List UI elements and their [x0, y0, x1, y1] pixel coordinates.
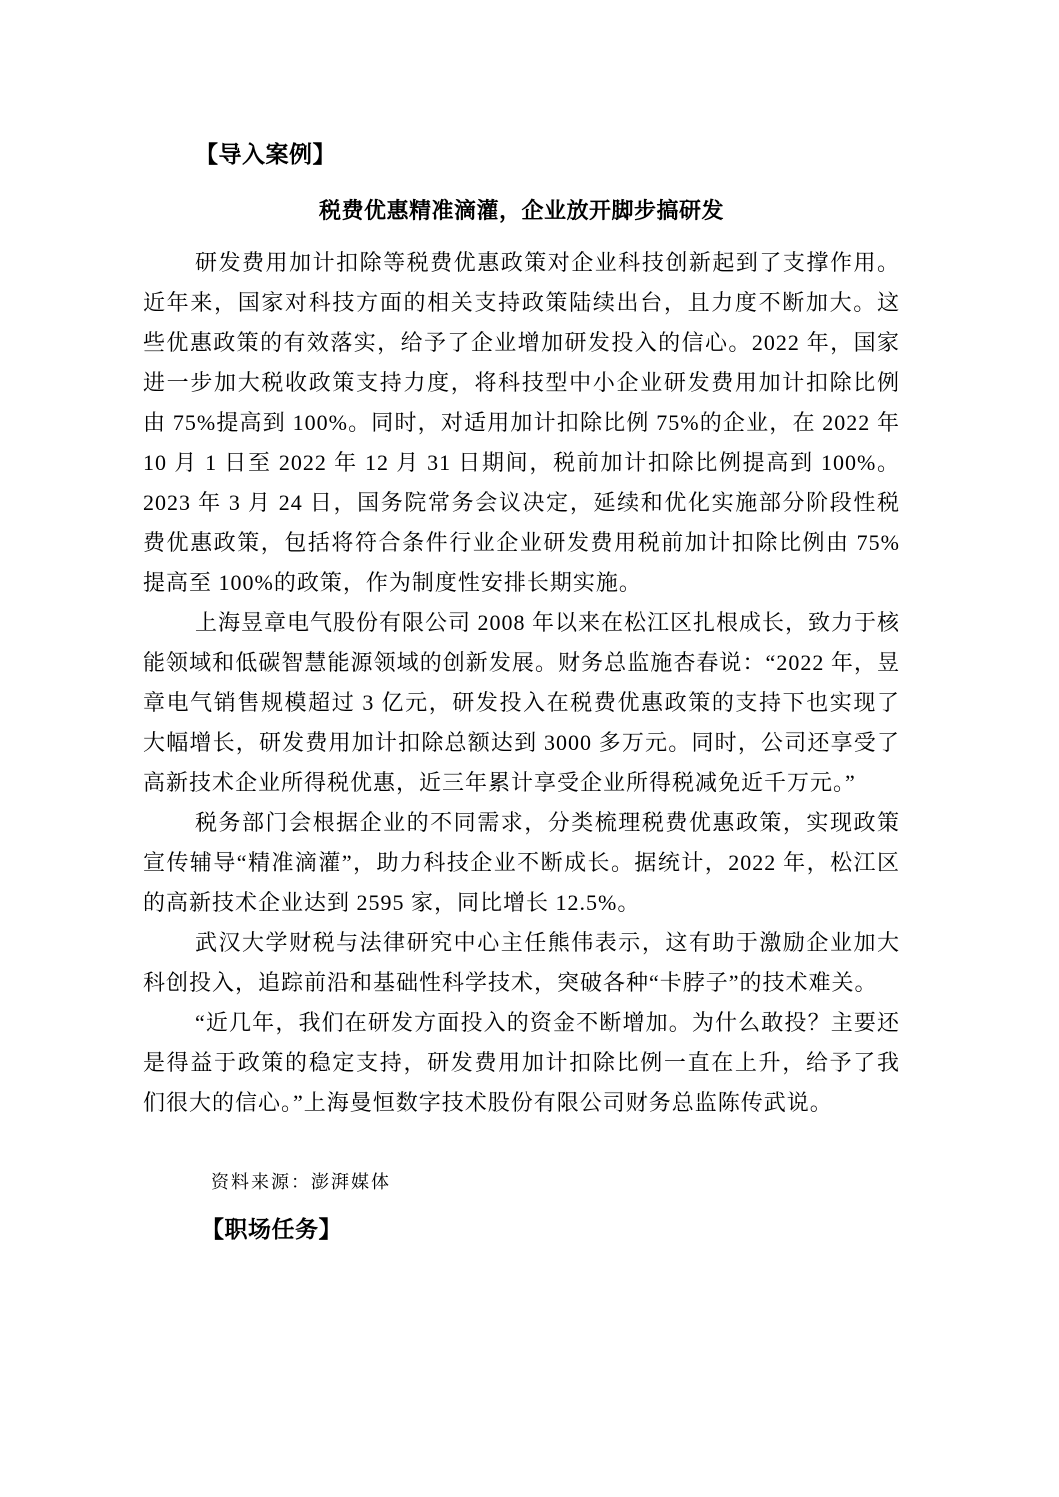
- task-heading: 【职场任务】: [201, 1215, 900, 1243]
- article-paragraph: 武汉大学财税与法律研究中心主任熊伟表示，这有助于激励企业加大科创投入，追踪前沿和…: [143, 923, 900, 1003]
- article-paragraph: 上海昱章电气股份有限公司 2008 年以来在松江区扎根成长，致力于核能领域和低碳…: [143, 603, 900, 803]
- intro-case-heading: 【导入案例】: [195, 140, 900, 168]
- document-content: 【导入案例】 税费优惠精准滴灌，企业放开脚步搞研发 研发费用加计扣除等税费优惠政…: [143, 140, 900, 1243]
- article-paragraph: “近几年，我们在研发方面投入的资金不断增加。为什么敢投？主要还是得益于政策的稳定…: [143, 1003, 900, 1123]
- article-paragraph: 税务部门会根据企业的不同需求，分类梳理税费优惠政策，实现政策宣传辅导“精准滴灌”…: [143, 803, 900, 923]
- source-line: 资料来源：澎湃媒体: [211, 1169, 900, 1195]
- article-body: 研发费用加计扣除等税费优惠政策对企业科技创新起到了支撑作用。近年来，国家对科技方…: [143, 243, 900, 1123]
- document-page: 【导入案例】 税费优惠精准滴灌，企业放开脚步搞研发 研发费用加计扣除等税费优惠政…: [0, 0, 1059, 1497]
- article-paragraph: 研发费用加计扣除等税费优惠政策对企业科技创新起到了支撑作用。近年来，国家对科技方…: [143, 243, 900, 603]
- article-title: 税费优惠精准滴灌，企业放开脚步搞研发: [143, 196, 900, 226]
